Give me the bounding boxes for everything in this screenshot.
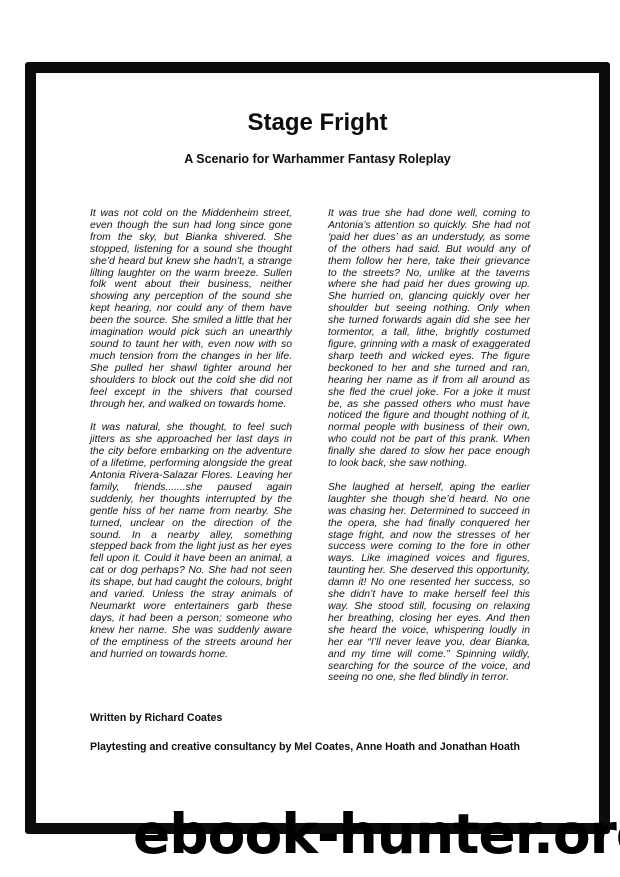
left-paragraph-2: It was natural, she thought, to feel suc… <box>90 422 292 660</box>
body-text-columns: It was not cold on the Middenheim street… <box>90 208 530 696</box>
right-paragraph-2: She laughed at herself, aping the earlie… <box>328 482 530 684</box>
playtesting-credit: Playtesting and creative consultancy by … <box>90 741 530 755</box>
ebook-hunter-watermark: ebook-hunter.org <box>133 807 620 862</box>
written-by-credit: Written by Richard Coates <box>90 712 530 725</box>
left-paragraph-1: It was not cold on the Middenheim street… <box>90 208 292 410</box>
page-title: Stage Fright <box>25 110 610 136</box>
right-paragraph-1: It was true she had done well, coming to… <box>328 208 530 470</box>
text-column-right: It was true she had done well, coming to… <box>328 208 530 696</box>
credits-block: Written by Richard Coates Playtesting an… <box>90 712 530 755</box>
page-subtitle: A Scenario for Warhammer Fantasy Rolepla… <box>25 152 610 166</box>
text-column-left: It was not cold on the Middenheim street… <box>90 208 292 696</box>
